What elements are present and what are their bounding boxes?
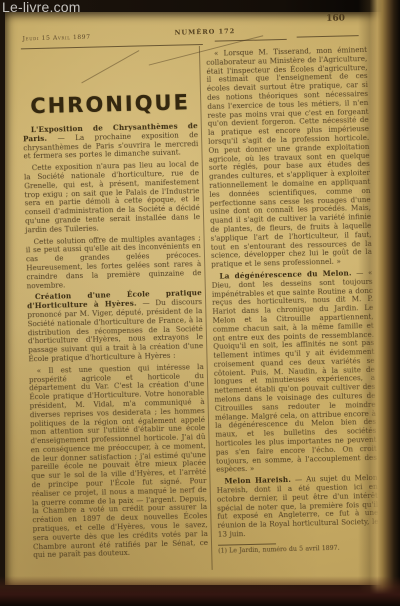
paragraph: La dégénérescence du Melon. — « Dieu, do… xyxy=(211,269,377,475)
paragraph: « Lorsque M. Tisserand, mon éminent coll… xyxy=(206,46,372,270)
crease-line xyxy=(81,50,139,83)
paragraph: Création d'une École pratique d'Horticul… xyxy=(27,289,204,364)
paragraph: Cette exposition n'aura pas lieu au loca… xyxy=(24,160,201,235)
header-rule-left xyxy=(21,44,203,49)
section-title: CHRONIQUE xyxy=(30,90,187,118)
column-left: L'Exposition de Chrysanthèmes de Paris. … xyxy=(23,122,209,563)
paragraph: « Il est une question qui intéresse la p… xyxy=(29,363,209,561)
paragraph: Cette solution offre de multiples avanta… xyxy=(26,234,202,291)
page-number: 160 xyxy=(326,13,345,23)
paragraph: L'Exposition de Chrysanthèmes de Paris. … xyxy=(23,122,199,161)
page-content: Jeudi 15 Avril 1897 NUMÉRO 172 160 CHRON… xyxy=(18,10,390,585)
footnote-rule xyxy=(218,543,276,545)
newspaper-page: Jeudi 15 Avril 1897 NUMÉRO 172 160 CHRON… xyxy=(5,12,400,585)
paragraph: Melon Hareish. — Au sujet du Melon Harei… xyxy=(216,474,378,539)
watermark-le-livre: Le-livre.com xyxy=(2,0,81,15)
footnote: (1) Le Jardin, numéro du 5 avril 1897. xyxy=(218,544,379,556)
column-right: « Lorsque M. Tisserand, mon éminent coll… xyxy=(206,46,379,558)
issue-date: Jeudi 15 Avril 1897 xyxy=(23,34,91,43)
issue-number: NUMÉRO 172 xyxy=(174,27,235,36)
book-scan: Le-livre.com Jeudi 15 Avril 1897 NUMÉRO … xyxy=(0,0,400,606)
header-rule-right xyxy=(297,35,359,38)
